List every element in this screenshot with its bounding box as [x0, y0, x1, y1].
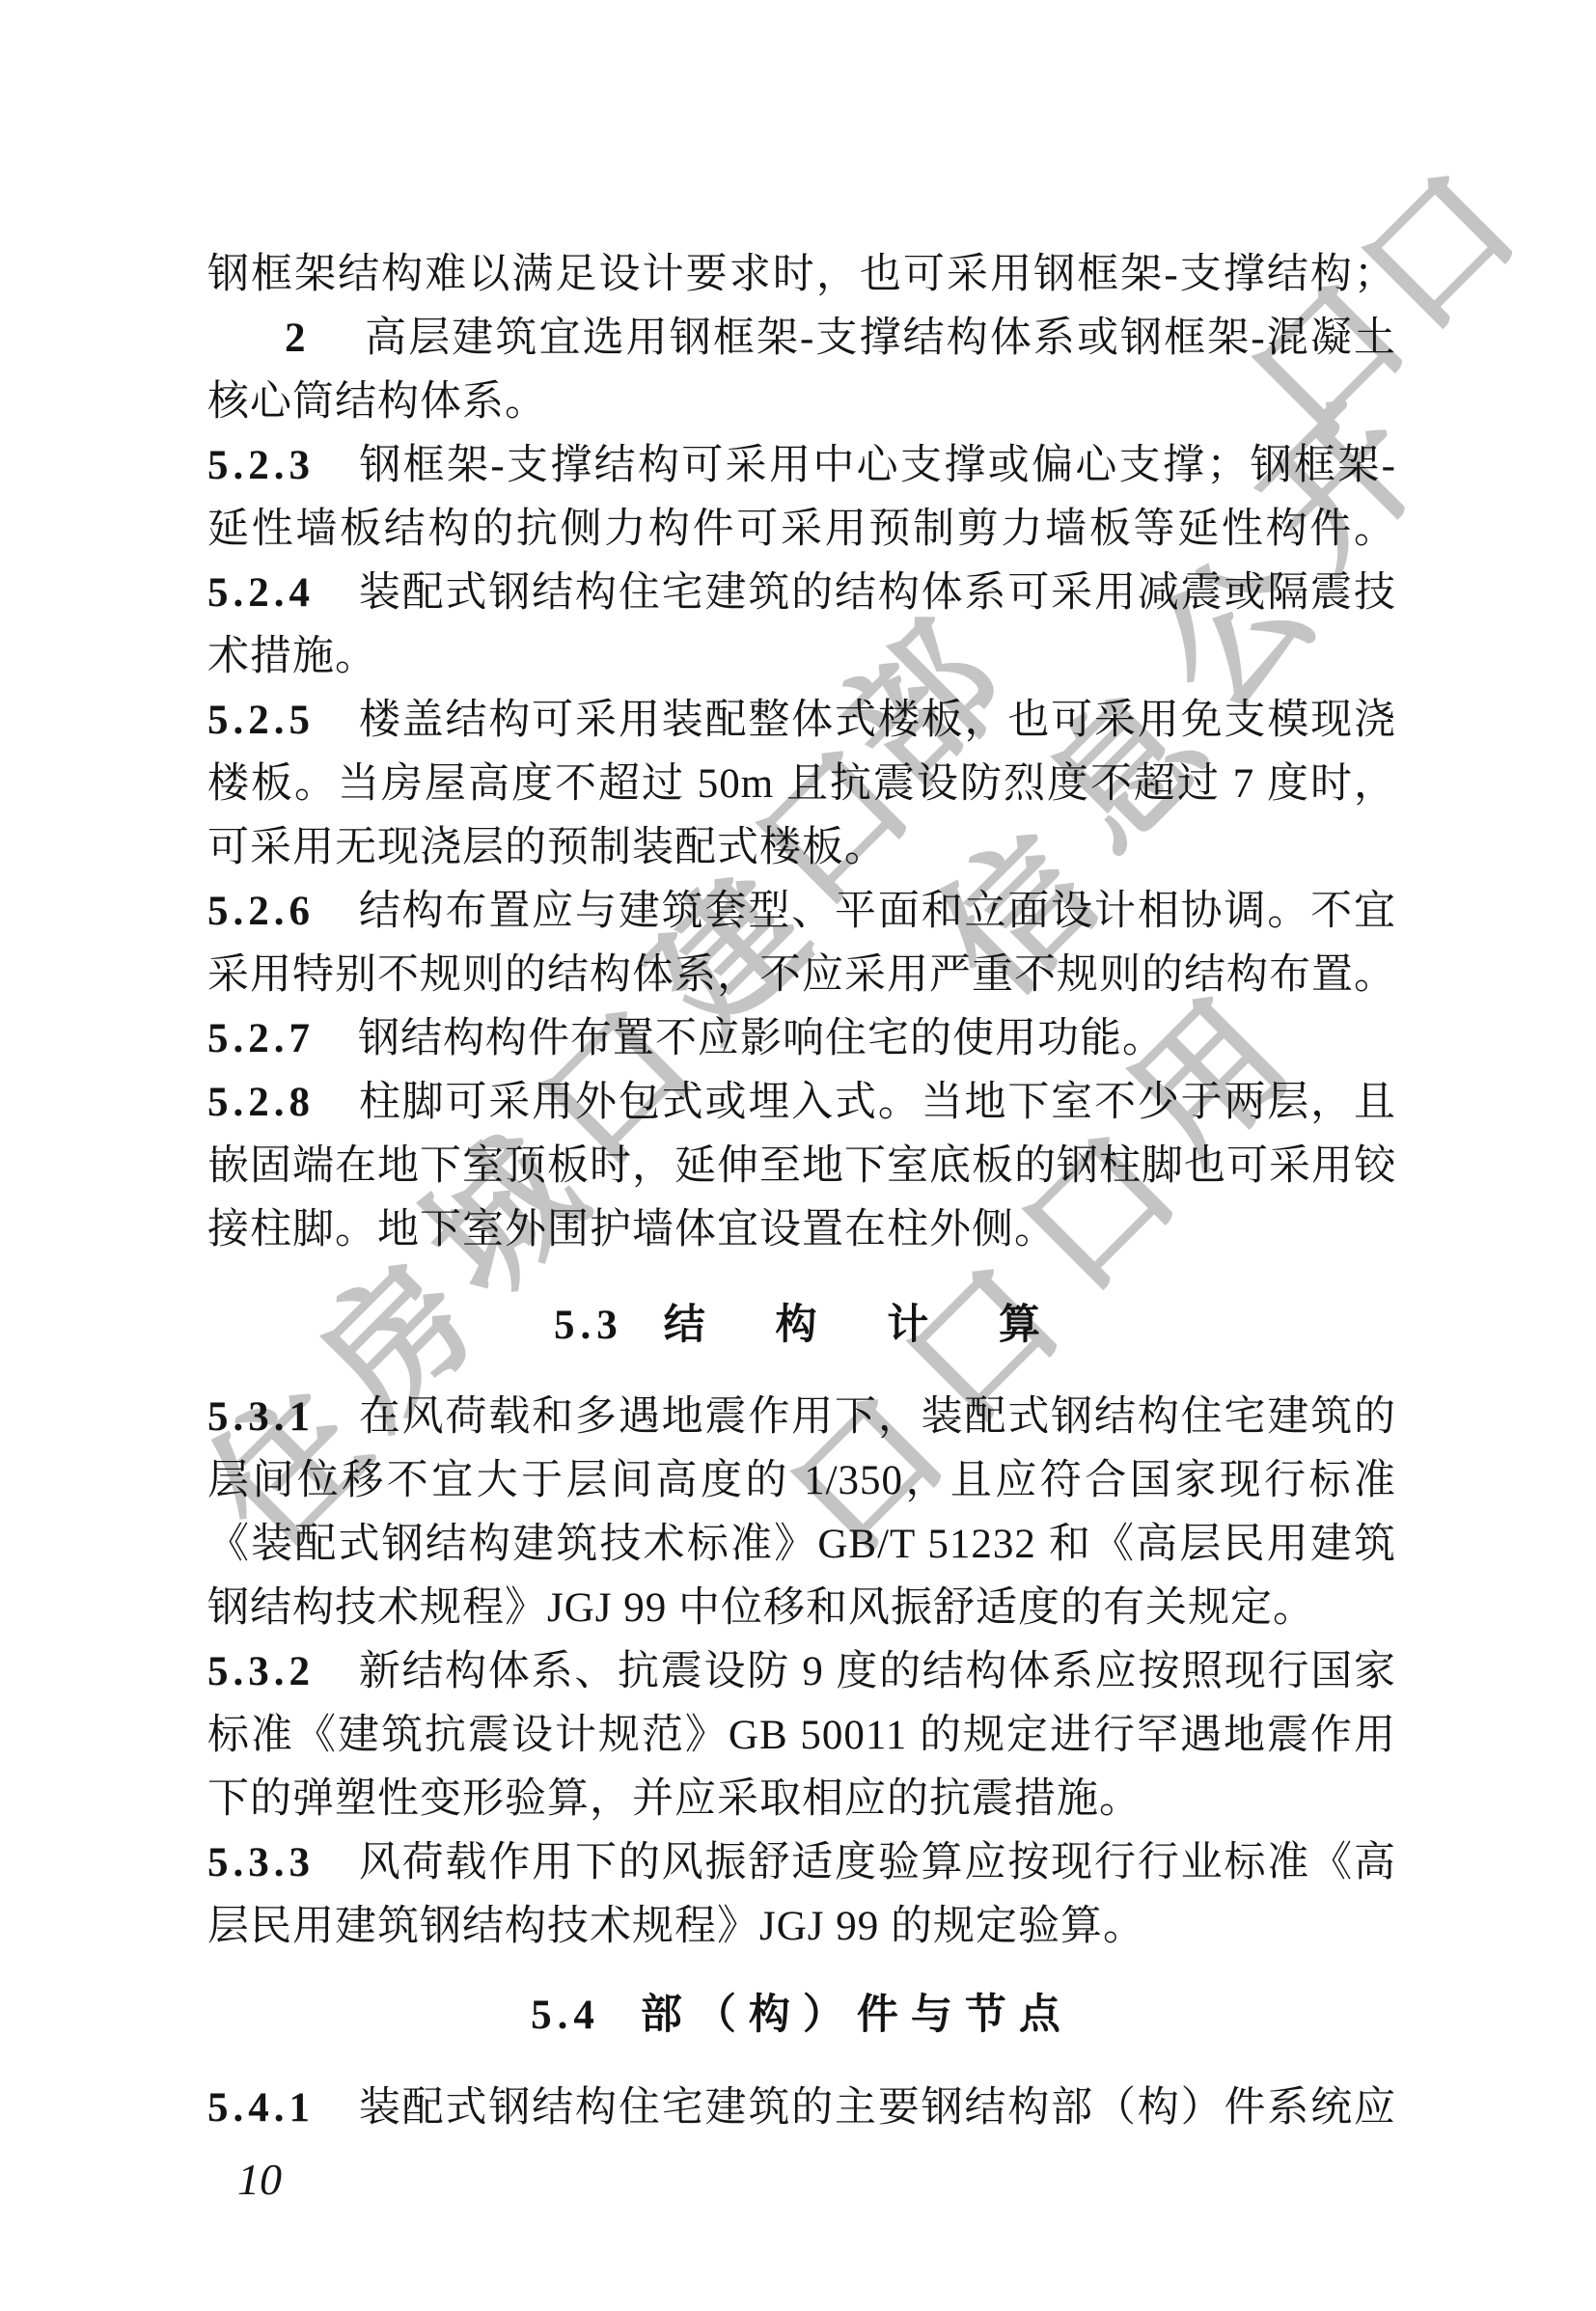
text-line: 5.2.8柱脚可采用外包式或埋入式。当地下室不少于两层，且: [207, 1071, 1396, 1135]
clause-number: 5.3.1: [207, 1386, 358, 1449]
body-text: 钢框架结构难以满足设计要求时，也可采用钢框架-支撑结构； 2高层建筑宜选用钢框架…: [207, 243, 1396, 2140]
line-text: 术措施。: [207, 634, 377, 679]
text-line: 《装配式钢结构建筑技术标准》GB/T 51232 和《高层民用建筑: [207, 1513, 1396, 1577]
text-line: 5.3.3风荷载作用下的风振舒适度验算应按现行行业标准《高: [207, 1831, 1396, 1895]
text-line: 接柱脚。地下室外围护墙体宜设置在柱外侧。: [207, 1198, 1396, 1262]
line-text: 结构布置应与建筑套型、平面和立面设计相协调。不宜: [358, 889, 1396, 934]
text-line: 2高层建筑宜选用钢框架-支撑结构体系或钢框架-混凝土: [207, 307, 1396, 371]
text-line: 5.3.1在风荷载和多遇地震作用下，装配式钢结构住宅建筑的: [207, 1386, 1396, 1449]
paragraph-number: 2: [207, 307, 364, 371]
line-text: 柱脚可采用外包式或埋入式。当地下室不少于两层，且: [358, 1080, 1396, 1125]
text-line: 5.4.1装配式钢结构住宅建筑的主要钢结构部（构）件系统应: [207, 2077, 1396, 2140]
text-line: 标准《建筑抗震设计规范》GB 50011 的规定进行罕遇地震作用: [207, 1704, 1396, 1768]
section-heading-5-3: 5.3结 构 计 算: [207, 1294, 1396, 1358]
text-line: 5.2.7钢结构构件布置不应影响住宅的使用功能。: [207, 1007, 1396, 1071]
line-text: 可采用无现浇层的预制装配式楼板。: [207, 825, 887, 870]
section-title: 结 构 计 算: [664, 1303, 1050, 1348]
line-text: 钢结构构件布置不应影响住宅的使用功能。: [358, 1016, 1165, 1061]
clause-number: 5.4.1: [207, 2077, 358, 2140]
text-line: 钢结构技术规程》JGJ 99 中位移和风振舒适度的有关规定。: [207, 1577, 1396, 1640]
clause-number: 5.3.2: [207, 1640, 358, 1704]
text-line: 楼板。当房屋高度不超过 50m 且抗震设防烈度不超过 7 度时，: [207, 753, 1396, 816]
clause-number: 5.2.4: [207, 562, 358, 625]
clause-number: 5.2.6: [207, 880, 358, 944]
line-text: 下的弹塑性变形验算，并应采取相应的抗震措施。: [207, 1776, 1142, 1822]
clause-number: 5.2.7: [207, 1007, 358, 1071]
document-page: 住房城口建口部信息公开口口口口口用 钢框架结构难以满足设计要求时，也可采用钢框架…: [0, 0, 1596, 2311]
text-line: 5.3.2新结构体系、抗震设防 9 度的结构体系应按照现行国家: [207, 1640, 1396, 1704]
text-line: 术措施。: [207, 625, 1396, 689]
line-text: 在风荷载和多遇地震作用下，装配式钢结构住宅建筑的: [358, 1394, 1396, 1440]
clause-number: 5.3.3: [207, 1831, 358, 1895]
text-line: 延性墙板结构的抗侧力构件可采用预制剪力墙板等延性构件。: [207, 498, 1396, 562]
text-line: 核心筒结构体系。: [207, 371, 1396, 434]
line-text: 接柱脚。地下室外围护墙体宜设置在柱外侧。: [207, 1207, 1057, 1252]
line-text: 楼板。当房屋高度不超过 50m 且抗震设防烈度不超过 7 度时，: [207, 761, 1396, 807]
page-number: 10: [237, 2154, 282, 2205]
line-text: 钢框架-支撑结构可采用中心支撑或偏心支撑；钢框架-: [358, 443, 1396, 488]
line-text: 采用特别不规则的结构体系，不应采用严重不规则的结构布置。: [207, 952, 1396, 998]
line-text: 高层建筑宜选用钢框架-支撑结构体系或钢框架-混凝土: [364, 316, 1396, 361]
text-line: 采用特别不规则的结构体系，不应采用严重不规则的结构布置。: [207, 944, 1396, 1007]
section-title: 部（构）件与节点: [641, 1993, 1073, 2038]
text-line: 可采用无现浇层的预制装配式楼板。: [207, 816, 1396, 880]
line-text: 层间位移不宜大于层间高度的 1/350，且应符合国家现行标准: [207, 1458, 1396, 1503]
clause-number: 5.2.5: [207, 689, 358, 753]
line-text: 新结构体系、抗震设防 9 度的结构体系应按照现行国家: [358, 1649, 1396, 1694]
line-text: 装配式钢结构住宅建筑的主要钢结构部（构）件系统应: [358, 2085, 1396, 2131]
text-line: 5.2.4装配式钢结构住宅建筑的结构体系可采用减震或隔震技: [207, 562, 1396, 625]
line-text: 《装配式钢结构建筑技术标准》GB/T 51232 和《高层民用建筑: [207, 1522, 1396, 1567]
line-text: 层民用建筑钢结构技术规程》JGJ 99 的规定验算。: [207, 1904, 1145, 1949]
text-line: 钢框架结构难以满足设计要求时，也可采用钢框架-支撑结构；: [207, 243, 1396, 307]
text-line: 5.2.3钢框架-支撑结构可采用中心支撑或偏心支撑；钢框架-: [207, 434, 1396, 498]
text-line: 层间位移不宜大于层间高度的 1/350，且应符合国家现行标准: [207, 1449, 1396, 1513]
line-text: 装配式钢结构住宅建筑的结构体系可采用减震或隔震技: [358, 570, 1396, 616]
line-text: 标准《建筑抗震设计规范》GB 50011 的规定进行罕遇地震作用: [207, 1713, 1396, 1758]
text-line: 层民用建筑钢结构技术规程》JGJ 99 的规定验算。: [207, 1895, 1396, 1959]
clause-number: 5.2.8: [207, 1071, 358, 1135]
line-text: 钢结构技术规程》JGJ 99 中位移和风振舒适度的有关规定。: [207, 1585, 1315, 1631]
section-heading-5-4: 5.4部（构）件与节点: [207, 1984, 1396, 2048]
line-text: 钢框架结构难以满足设计要求时，也可采用钢框架-支撑结构；: [207, 252, 1396, 297]
text-line: 嵌固端在地下室顶板时，延伸至地下室底板的钢柱脚也可采用铰: [207, 1135, 1396, 1198]
clause-number: 5.2.3: [207, 434, 358, 498]
text-line: 5.2.5楼盖结构可采用装配整体式楼板，也可采用免支模现浇: [207, 689, 1396, 753]
line-text: 楼盖结构可采用装配整体式楼板，也可采用免支模现浇: [358, 698, 1396, 743]
line-text: 嵌固端在地下室顶板时，延伸至地下室底板的钢柱脚也可采用铰: [207, 1143, 1396, 1189]
text-line: 5.2.6结构布置应与建筑套型、平面和立面设计相协调。不宜: [207, 880, 1396, 944]
text-line: 下的弹塑性变形验算，并应采取相应的抗震措施。: [207, 1768, 1396, 1831]
line-text: 风荷载作用下的风振舒适度验算应按现行行业标准《高: [358, 1840, 1396, 1885]
line-text: 核心筒结构体系。: [207, 379, 547, 425]
line-text: 延性墙板结构的抗侧力构件可采用预制剪力墙板等延性构件。: [207, 507, 1396, 552]
section-number: 5.3: [554, 1303, 623, 1348]
section-number: 5.4: [531, 1993, 600, 2038]
